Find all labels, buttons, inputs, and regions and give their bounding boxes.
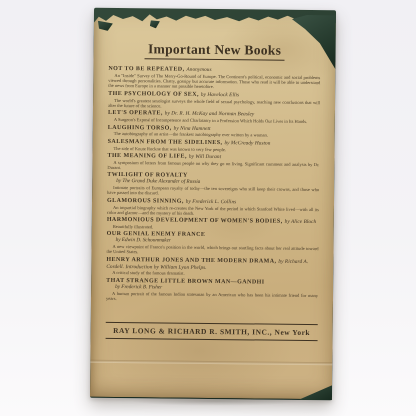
entry-description: The world's greatest sexologist surveys … [108, 98, 320, 111]
publisher-imprint: RAY LONG & RICHARD R. SMITH, INC., New Y… [106, 322, 318, 341]
book: Important New Books NOT TO BE REPEATED, … [90, 8, 336, 401]
book-entry: SALESMAN FROM THE SIDELINES, by McCready… [108, 139, 320, 153]
entry-author: by Frederick L. Collins [186, 198, 237, 205]
book-photo: Important New Books NOT TO BE REPEATED, … [0, 0, 416, 416]
printed-panel: Important New Books NOT TO BE REPEATED, … [106, 41, 321, 324]
book-entry: HARMONIOUS DEVELOPMENT OF WOMEN'S BODIES… [107, 217, 319, 231]
entry-title: NOT TO BE REPEATED, [108, 66, 184, 73]
book-shadow [96, 394, 334, 408]
entry-title: LET'S OPERATE, [108, 110, 163, 117]
entry-author: by Havelock Ellis [201, 92, 239, 98]
book-list: NOT TO BE REPEATED, Anonymous An "Inside… [106, 66, 321, 324]
book-entry: HENRY ARTHUR JONES AND THE MODERN DRAMA,… [106, 257, 318, 278]
book-entry: OUR GENIAL ENEMY FRANCE by Edwin D. Scho… [106, 231, 318, 257]
entry-author: Anonymous [186, 67, 211, 73]
book-entry: TWILIGHT OF ROYALTY by The Grand Duke Al… [107, 172, 319, 198]
book-entry: THE PSYCHOLOGY OF SEX, by Havelock Ellis… [108, 91, 320, 111]
entry-title: SALESMAN FROM THE SIDELINES, [108, 139, 223, 146]
entry-author: by Will Durant [189, 154, 221, 160]
entry-description: A new viewpoint of France's position in … [106, 244, 318, 257]
book-entry: GLAMOROUS SINNING, by Frederick L. Colli… [107, 198, 319, 218]
book-entry: THAT STRANGE LITTLE BROWN MAN—GANDHI by … [106, 278, 318, 303]
entry-description: Intimate portraits of European royalty o… [107, 185, 319, 198]
entry-title: THE PSYCHOLOGY OF SEX, [108, 91, 199, 98]
book-entry: LAUGHING TORSO, by Nina Hamnett The auto… [108, 124, 320, 138]
entry-title: GLAMOROUS SINNING, [107, 198, 184, 205]
entry-title: THE MEANING OF LIFE, [107, 153, 187, 160]
entry-description: An "Inside" Survey of The Merry-Go-Round… [108, 73, 320, 91]
entry-description: A critical study of the famous dramatist… [106, 270, 318, 278]
entry-description: A symposium of letters from famous peopl… [107, 160, 319, 173]
entry-author: by Nina Hamnett [174, 125, 211, 131]
entry-description: A Surgeon's Exposé of Incompetence and C… [108, 117, 320, 125]
book-entry: NOT TO BE REPEATED, Anonymous An "Inside… [108, 66, 320, 91]
entry-description: The autobiography of an artist—the frank… [108, 131, 320, 139]
entry-description: The side of Knute Rockne that was known … [108, 145, 320, 153]
entry-description: An impartial biography which re-creates … [107, 204, 319, 217]
entry-author: by Alice Bloch [285, 219, 317, 225]
entry-author: by McCready Huston [224, 140, 270, 146]
entry-author: by Dr. R. H. McKay and Norman Beasley [165, 111, 255, 118]
entry-description: A human portrait of the famous Indian st… [106, 290, 318, 303]
entry-title: LAUGHING TORSO, [108, 124, 172, 131]
panel-title: Important New Books [145, 41, 284, 60]
book-entry: LET'S OPERATE, by Dr. R. H. McKay and No… [108, 110, 320, 124]
book-entry: THE MEANING OF LIFE, by Will Durant A sy… [107, 153, 319, 173]
